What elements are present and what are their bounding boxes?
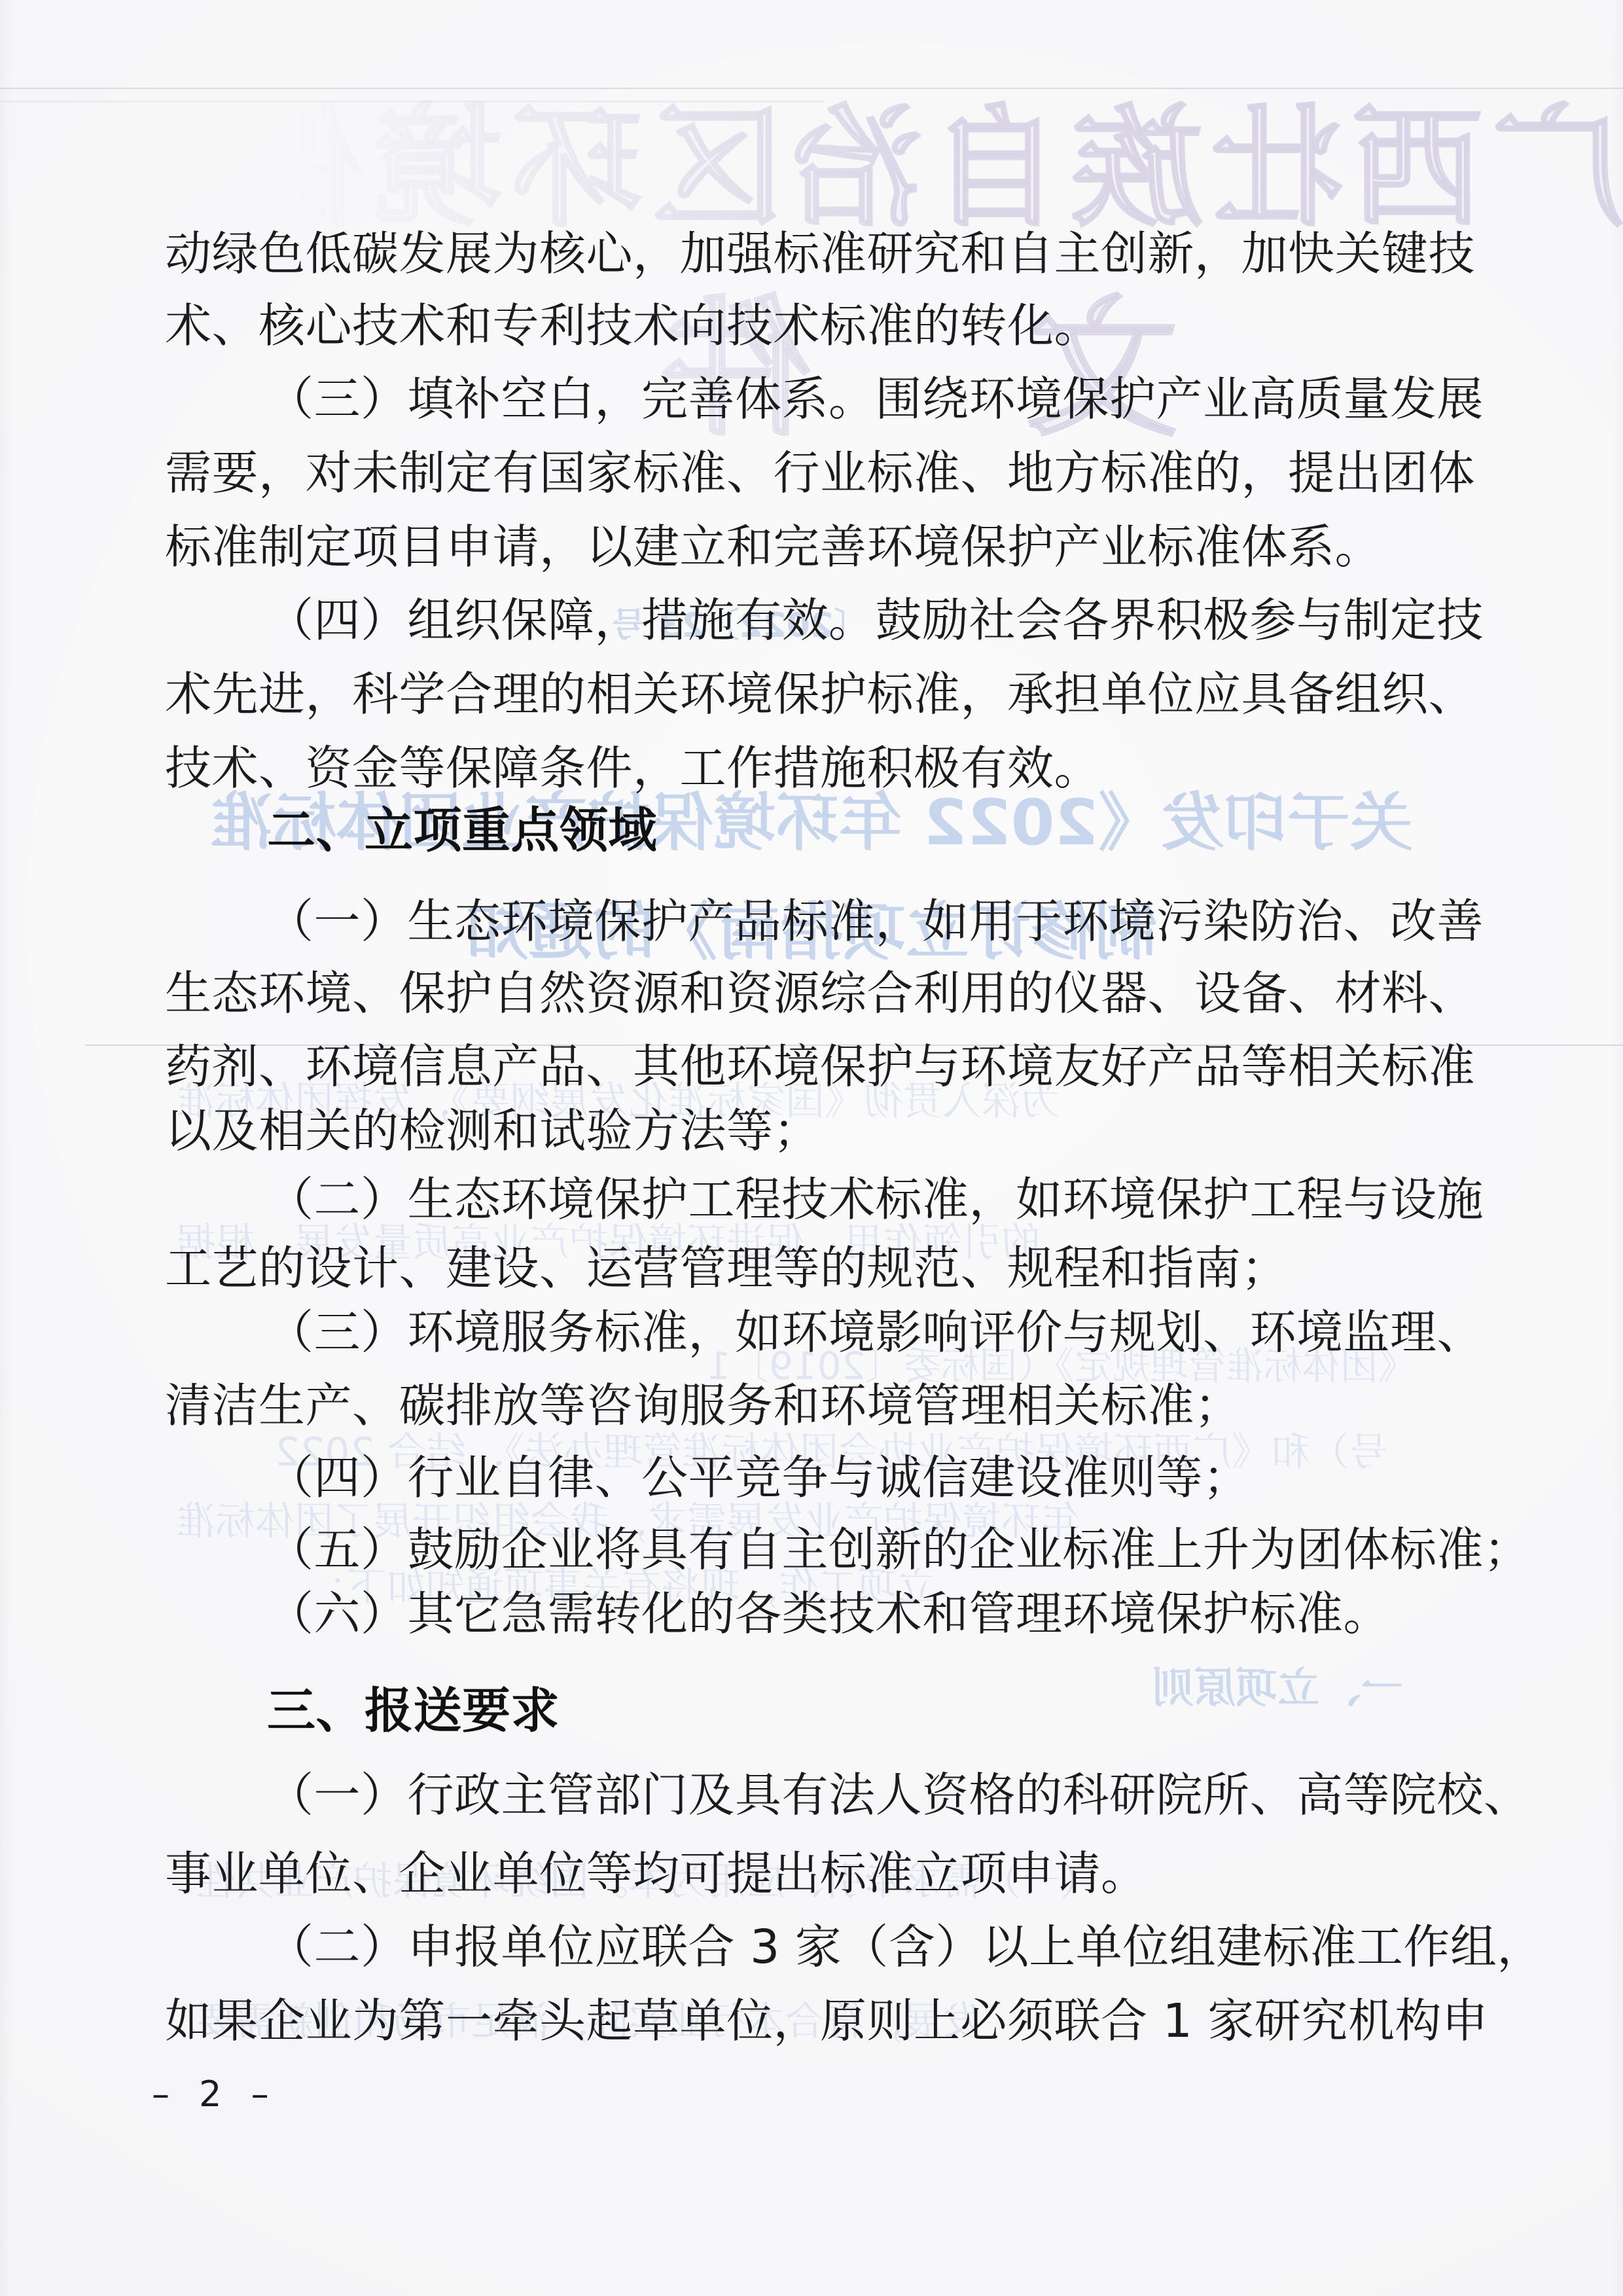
text-line: 药剂、环境信息产品、其他环境保护与环境友好产品等相关标准 [165,1043,1475,1090]
text-line: （一）行政主管部门及具有法人资格的科研院所、高等院校、 [267,1772,1531,1818]
text-line: （四）组织保障，措施有效。鼓励社会各界积极参与制定技 [267,597,1484,643]
text-line: 术先进，科学合理的相关环境保护标准，承担单位应具备组织、 [165,671,1475,717]
text-line: （五）鼓励企业将具有自主创新的企业标准上升为团体标准； [267,1526,1531,1573]
text-line: 以及相关的检测和试验方法等； [165,1107,820,1154]
page-number: – 2 – [152,2073,278,2115]
text-line: 生态环境、保护自然资源和资源综合利用的仪器、设备、材料、 [165,970,1475,1016]
text-line: 标准制定项目申请，以建立和完善环境保护产业标准体系。 [165,524,1382,570]
text-line: （二）申报单位应联合 3 家（含）以上单位组建标准工作组， [267,1924,1544,1970]
text-line: （六）其它急需转化的各类技术和管理环境保护标准。 [267,1590,1390,1637]
scanned-document-page: 广西壮族自治区环境保护产业协会文件〔2022〕23 号关于印发《2022 年环境… [0,0,1623,2296]
section-heading: 三、报送要求 [267,1687,560,1735]
text-line: 如果企业为第一牵头起草单位，原则上必须联合 1 家研究机构申 [165,1998,1488,2044]
text-line: （二）生态环境保护工程技术标准，如环境保护工程与设施 [267,1176,1484,1223]
text-line: 动绿色低碳发展为核心，加强标准研究和自主创新，加快关键技 [165,230,1475,277]
text-line: 工艺的设计、建设、运营管理等的规范、规程和指南； [165,1245,1288,1291]
text-line: 技术、资金等保障条件，工作措施积极有效。 [165,745,1101,791]
text-line: （三）环境服务标准，如环境影响评价与规划、环境监理、 [267,1309,1484,1355]
text-line: 事业单位、企业单位等均可提出标准立项申请。 [165,1850,1148,1897]
section-heading: 二、立项重点领域 [267,806,657,855]
document-text: 动绿色低碳发展为核心，加强标准研究和自主创新，加快关键技术、核心技术和专利技术向… [0,0,1623,2296]
text-line: 需要，对未制定有国家标准、行业标准、地方标准的，提出团体 [165,450,1475,496]
text-line: 清洁生产、碳排放等咨询服务和环境管理相关标准； [165,1382,1241,1429]
text-line: （三）填补空白，完善体系。围绕环境保护产业高质量发展 [267,376,1484,422]
text-line: （一）生态环境保护产品标准，如用于环境污染防治、改善 [267,898,1484,944]
text-line: （四）行业自律、公平竞争与诚信建设准则等； [267,1454,1250,1501]
text-line: 术、核心技术和专利技术向技术标准的转化。 [165,302,1101,349]
